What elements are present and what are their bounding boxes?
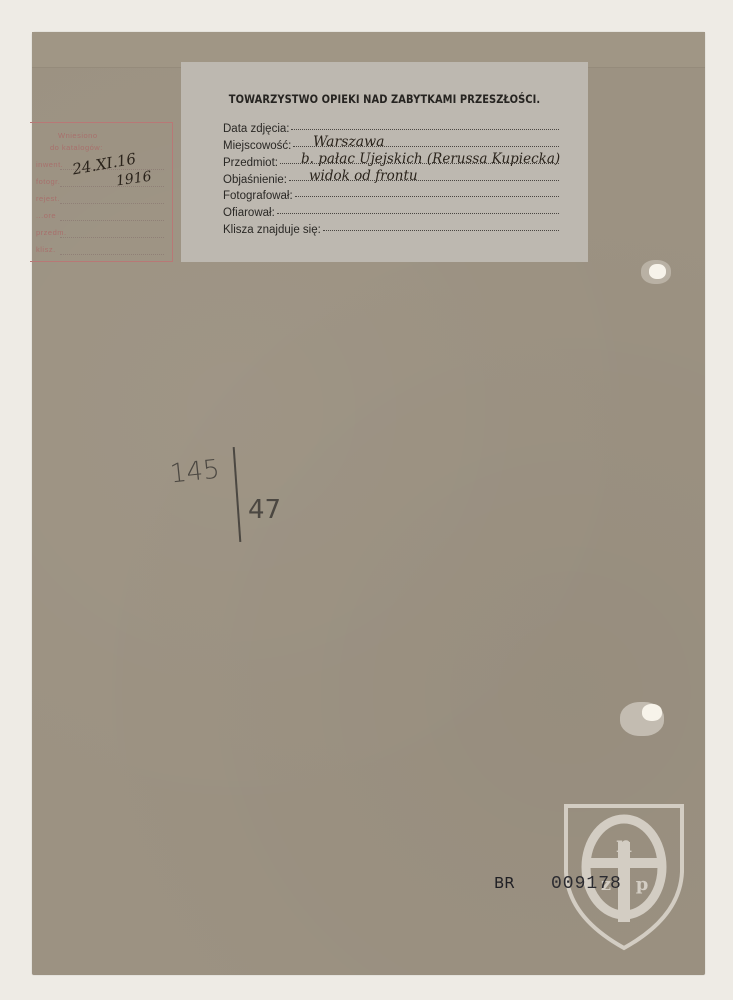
stamp-row-3: rejest. (36, 194, 164, 203)
field-klisza: Klisza znajduje się: (223, 224, 559, 236)
pencil-note: 145 47 (170, 427, 310, 547)
field-label: Miejscowość: (223, 140, 291, 152)
field-label: Objaśnienie: (223, 174, 287, 186)
stamp-row-5: przedm. (36, 228, 164, 237)
accession-prefix: BR (494, 874, 515, 892)
pencil-note-top: 145 (169, 454, 222, 489)
stamp-row-4: ...ore (36, 211, 164, 220)
punch-hole-top (649, 264, 666, 279)
accession-number: 009178 (551, 874, 622, 894)
pencil-note-bottom: 47 (248, 495, 281, 525)
field-label: Przedmiot: (223, 157, 278, 169)
field-label: Klisza znajduje się: (223, 224, 321, 236)
svg-text:n: n (616, 832, 632, 858)
field-label: Fotografował: (223, 190, 293, 202)
field-value-przedmiot: b. pałac Ujejskich (Rerussa Kupiecka) (301, 151, 560, 167)
stamp-line-1: Wniesiono (58, 131, 164, 140)
punch-hole-bottom (642, 704, 662, 721)
stamp-line-2: do katalogów: (50, 143, 164, 152)
stamp-row-6: klisz. (36, 245, 164, 254)
catalog-stamp: Wniesiono do katalogów: inwent. fotogr. … (30, 122, 173, 262)
field-value-objasnienie: widok od frontu (309, 168, 418, 184)
society-label: TOWARZYSTWO OPIEKI NAD ZABYTKAMI PRZESZŁ… (181, 62, 588, 262)
field-label: Data zdjęcia: (223, 123, 289, 135)
field-data-zdjecia: Data zdjęcia: (223, 123, 559, 135)
field-label: Ofiarował: (223, 207, 275, 219)
archive-card: Wniesiono do katalogów: inwent. fotogr. … (32, 32, 705, 975)
pencil-slash (233, 447, 242, 542)
svg-text:p: p (636, 874, 649, 895)
label-title: TOWARZYSTWO OPIEKI NAD ZABYTKAMI PRZESZŁ… (209, 92, 559, 106)
field-ofiarowal: Ofiarował: (223, 207, 559, 219)
field-value-miejscowosc: Warszawa (313, 134, 384, 150)
field-fotografowal: Fotografował: (223, 190, 559, 202)
